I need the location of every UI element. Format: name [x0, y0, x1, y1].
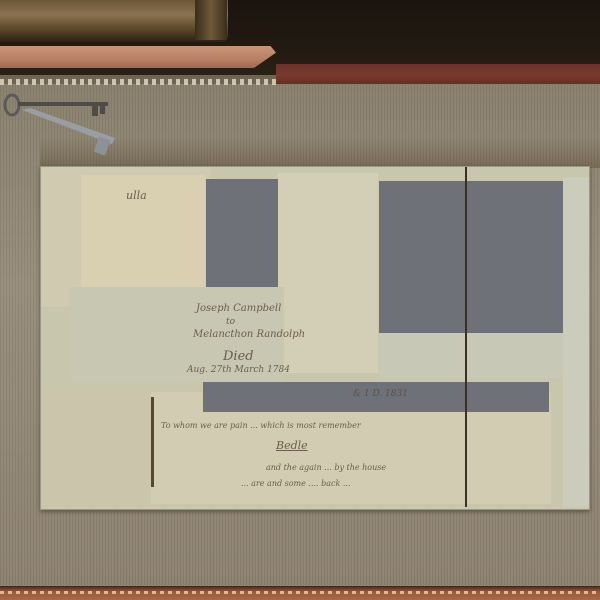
shadow: [40, 138, 600, 168]
paper-piece: [278, 173, 378, 373]
document-signature: Bedle: [276, 439, 308, 452]
inscription-line: Aug. 27th March 1784: [187, 365, 290, 375]
key-icon: [0, 88, 120, 168]
brass-cap: [195, 0, 227, 40]
bottom-stitching: [0, 591, 600, 594]
crack: [151, 397, 154, 487]
inscription-line: Joseph Campbell: [196, 303, 281, 314]
decoupage-tray: ulla Joseph Campbell to Melancthon Rando…: [40, 166, 590, 510]
crack: [465, 167, 467, 507]
brass-handle: [0, 0, 228, 42]
inscription-line: Melancthon Randolph: [193, 329, 305, 340]
stitching: [0, 79, 276, 85]
fragment-text: ulla: [126, 189, 147, 202]
paper-piece: [379, 333, 563, 378]
document-line: ... are and some .... back ...: [241, 479, 351, 488]
document-line: To whom we are pain ... which is most re…: [161, 421, 361, 430]
leather-trim: [276, 64, 600, 86]
paper-piece: [563, 177, 589, 507]
document-line: and the again ... by the house: [266, 463, 386, 472]
inscription-line: Died: [223, 349, 254, 364]
leather-strap: [0, 46, 276, 68]
document-date: & 1 D. 1831: [353, 389, 408, 399]
inscription-line: to: [226, 317, 235, 327]
gray-paper-piece: [206, 179, 278, 294]
gray-paper-piece: [379, 181, 563, 333]
paper-piece: [41, 387, 153, 509]
